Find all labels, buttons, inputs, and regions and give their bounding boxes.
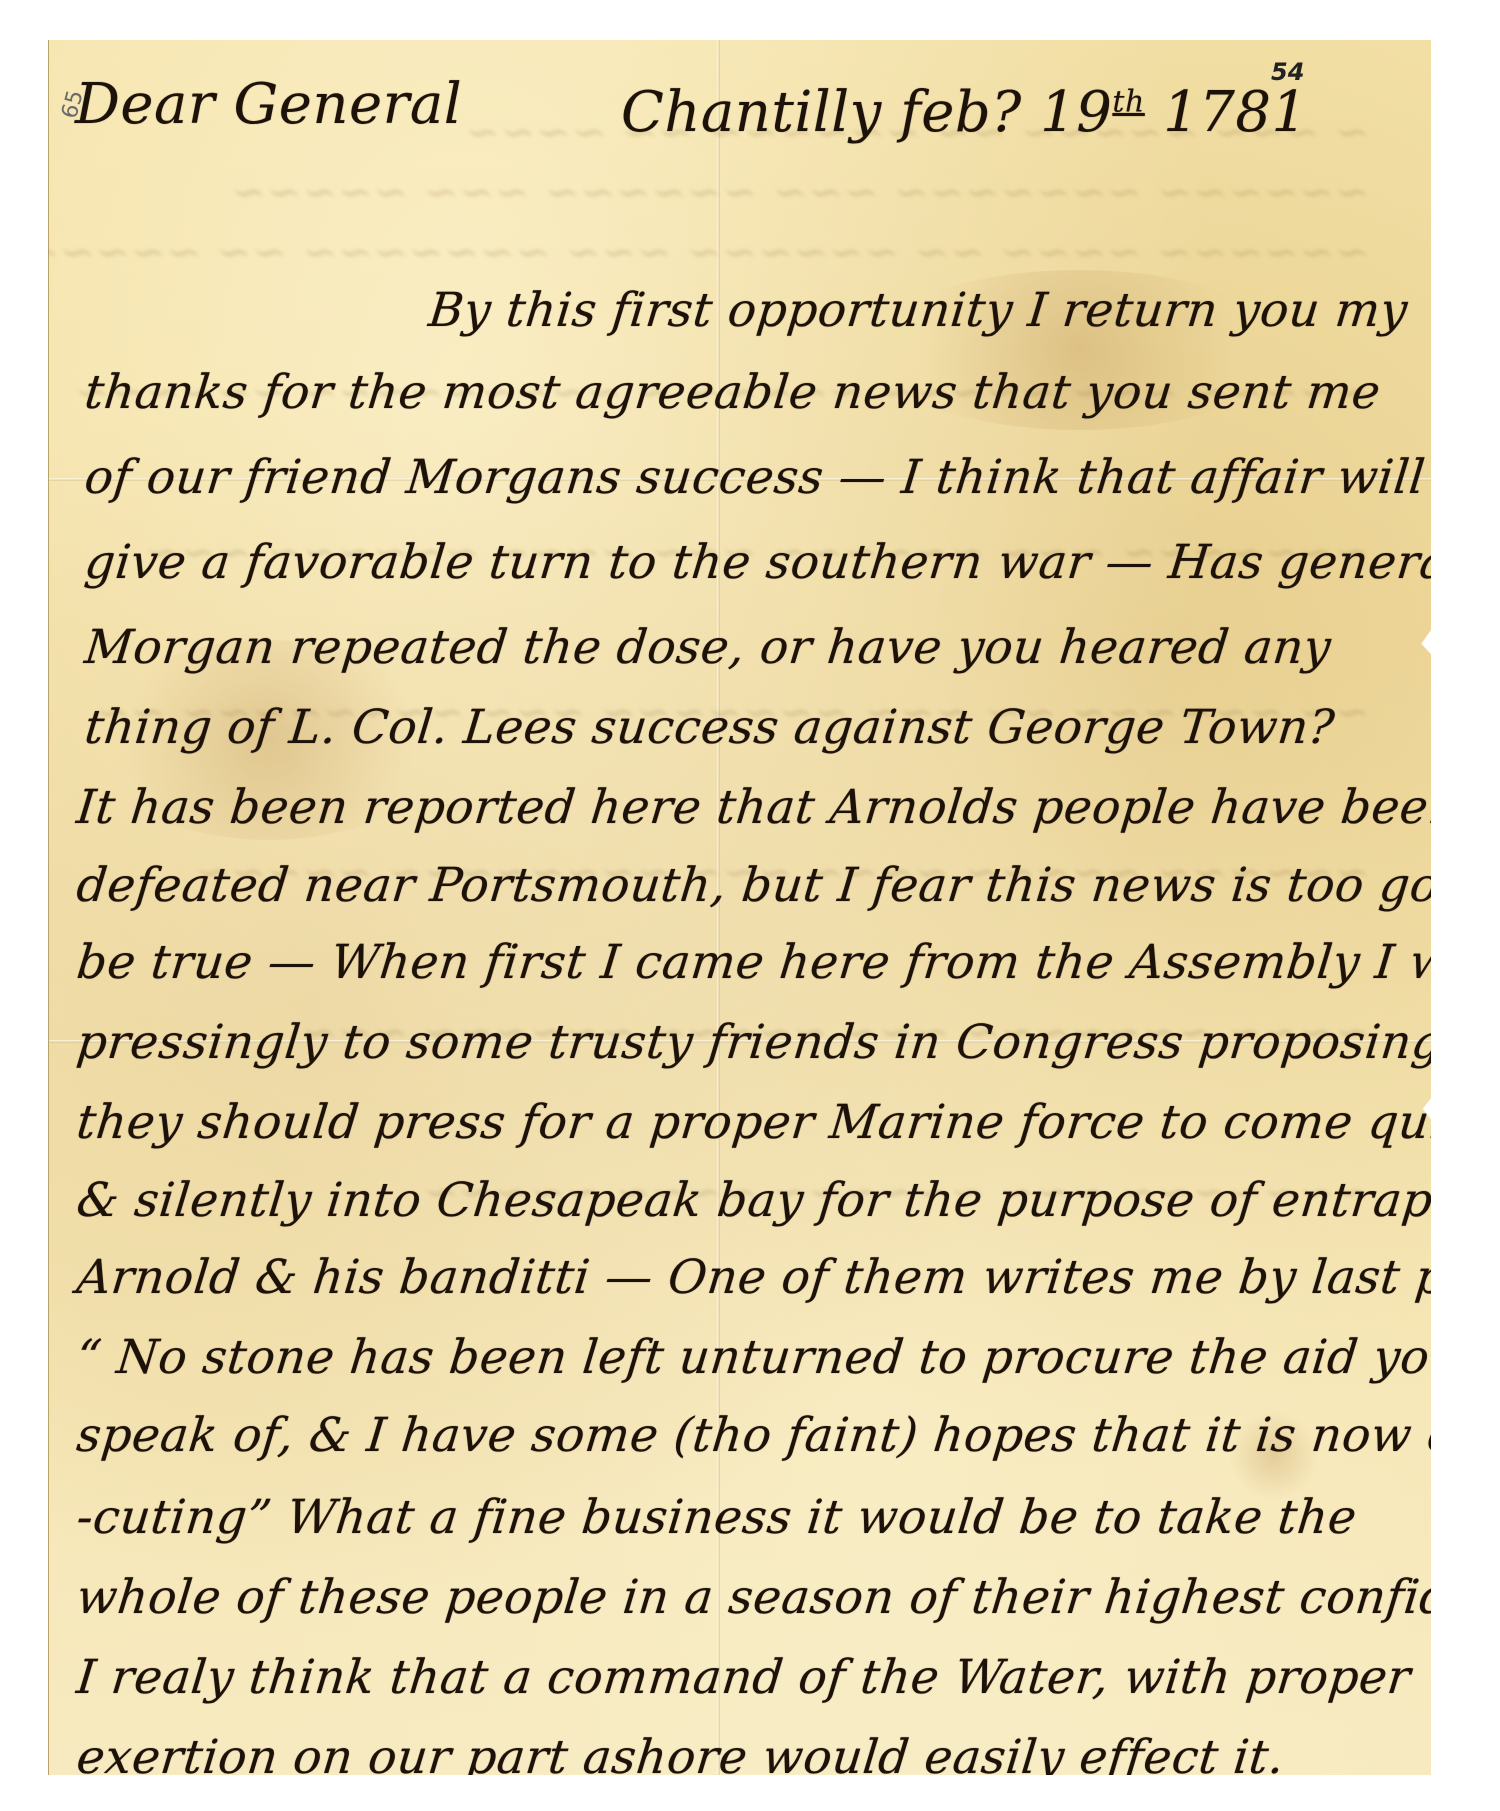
letter-line: of our friend Morgans success — I think … bbox=[82, 450, 1428, 505]
letter-line: Arnold & his banditti — One of them writ… bbox=[74, 1250, 1500, 1305]
salutation: Dear General bbox=[75, 72, 462, 137]
letter-line: give a favorable turn to the southern wa… bbox=[82, 535, 1467, 590]
letter-line: By this first opportunity I return you m… bbox=[426, 283, 1410, 338]
letter-line: whole of these people in a season of the… bbox=[74, 1570, 1500, 1625]
bleed-through-text: ~~~~~~ ~~~~ ~~ ~~~~~~ ~~~ ~~~~~~~ ~~ ~~~… bbox=[163, 230, 1374, 276]
letter-line: defeated near Portsmouth, but I fear thi… bbox=[74, 858, 1500, 913]
letter-line: & silently into Chesapeak bay for the pu… bbox=[74, 1173, 1500, 1228]
letter-line: exertion on our part ashore would easily… bbox=[74, 1730, 1287, 1785]
dateline-place: Chantilly bbox=[621, 80, 882, 145]
letter-line: Morgan repeated the dose, or have you he… bbox=[82, 620, 1334, 675]
letter-line: “ No stone has been left unturned to pro… bbox=[74, 1330, 1463, 1385]
letter-line: thanks for the most agreeable news that … bbox=[82, 365, 1383, 420]
dateline-day-suffix: th bbox=[1112, 84, 1144, 119]
letter-line: be true — When first I came here from th… bbox=[74, 935, 1500, 990]
dateline-month: feb? bbox=[900, 80, 1022, 145]
dateline-year: 1781 bbox=[1163, 80, 1308, 145]
letter-line: pressingly to some trusty friends in Con… bbox=[74, 1015, 1500, 1070]
letter-line: It has been reported here that Arnolds p… bbox=[74, 780, 1462, 835]
dateline: Chantilly feb? 19th 1781 bbox=[621, 80, 1308, 145]
letter-line: -cuting” What a fine business it would b… bbox=[74, 1490, 1359, 1545]
dateline-day: 19 bbox=[1040, 80, 1112, 145]
letter-paper: ~ ~~~ ~~~~~ ~~ ~~~~~~ ~~ ~~~~ ~~~~~~ ~~~… bbox=[48, 40, 1431, 1775]
letter-line: I realy think that a command of the Wate… bbox=[74, 1650, 1413, 1705]
letter-line: speak of, & I have some (tho faint) hope… bbox=[74, 1408, 1500, 1463]
bleed-through-text: ~~~~~~ ~~~~~~~ ~~~ ~~~~~~ ~~~ ~~~~~ bbox=[163, 170, 1374, 216]
letter-line: thing of L. Col. Lees success against Ge… bbox=[82, 700, 1337, 755]
letter-line: they should press for a proper Marine fo… bbox=[74, 1095, 1500, 1150]
